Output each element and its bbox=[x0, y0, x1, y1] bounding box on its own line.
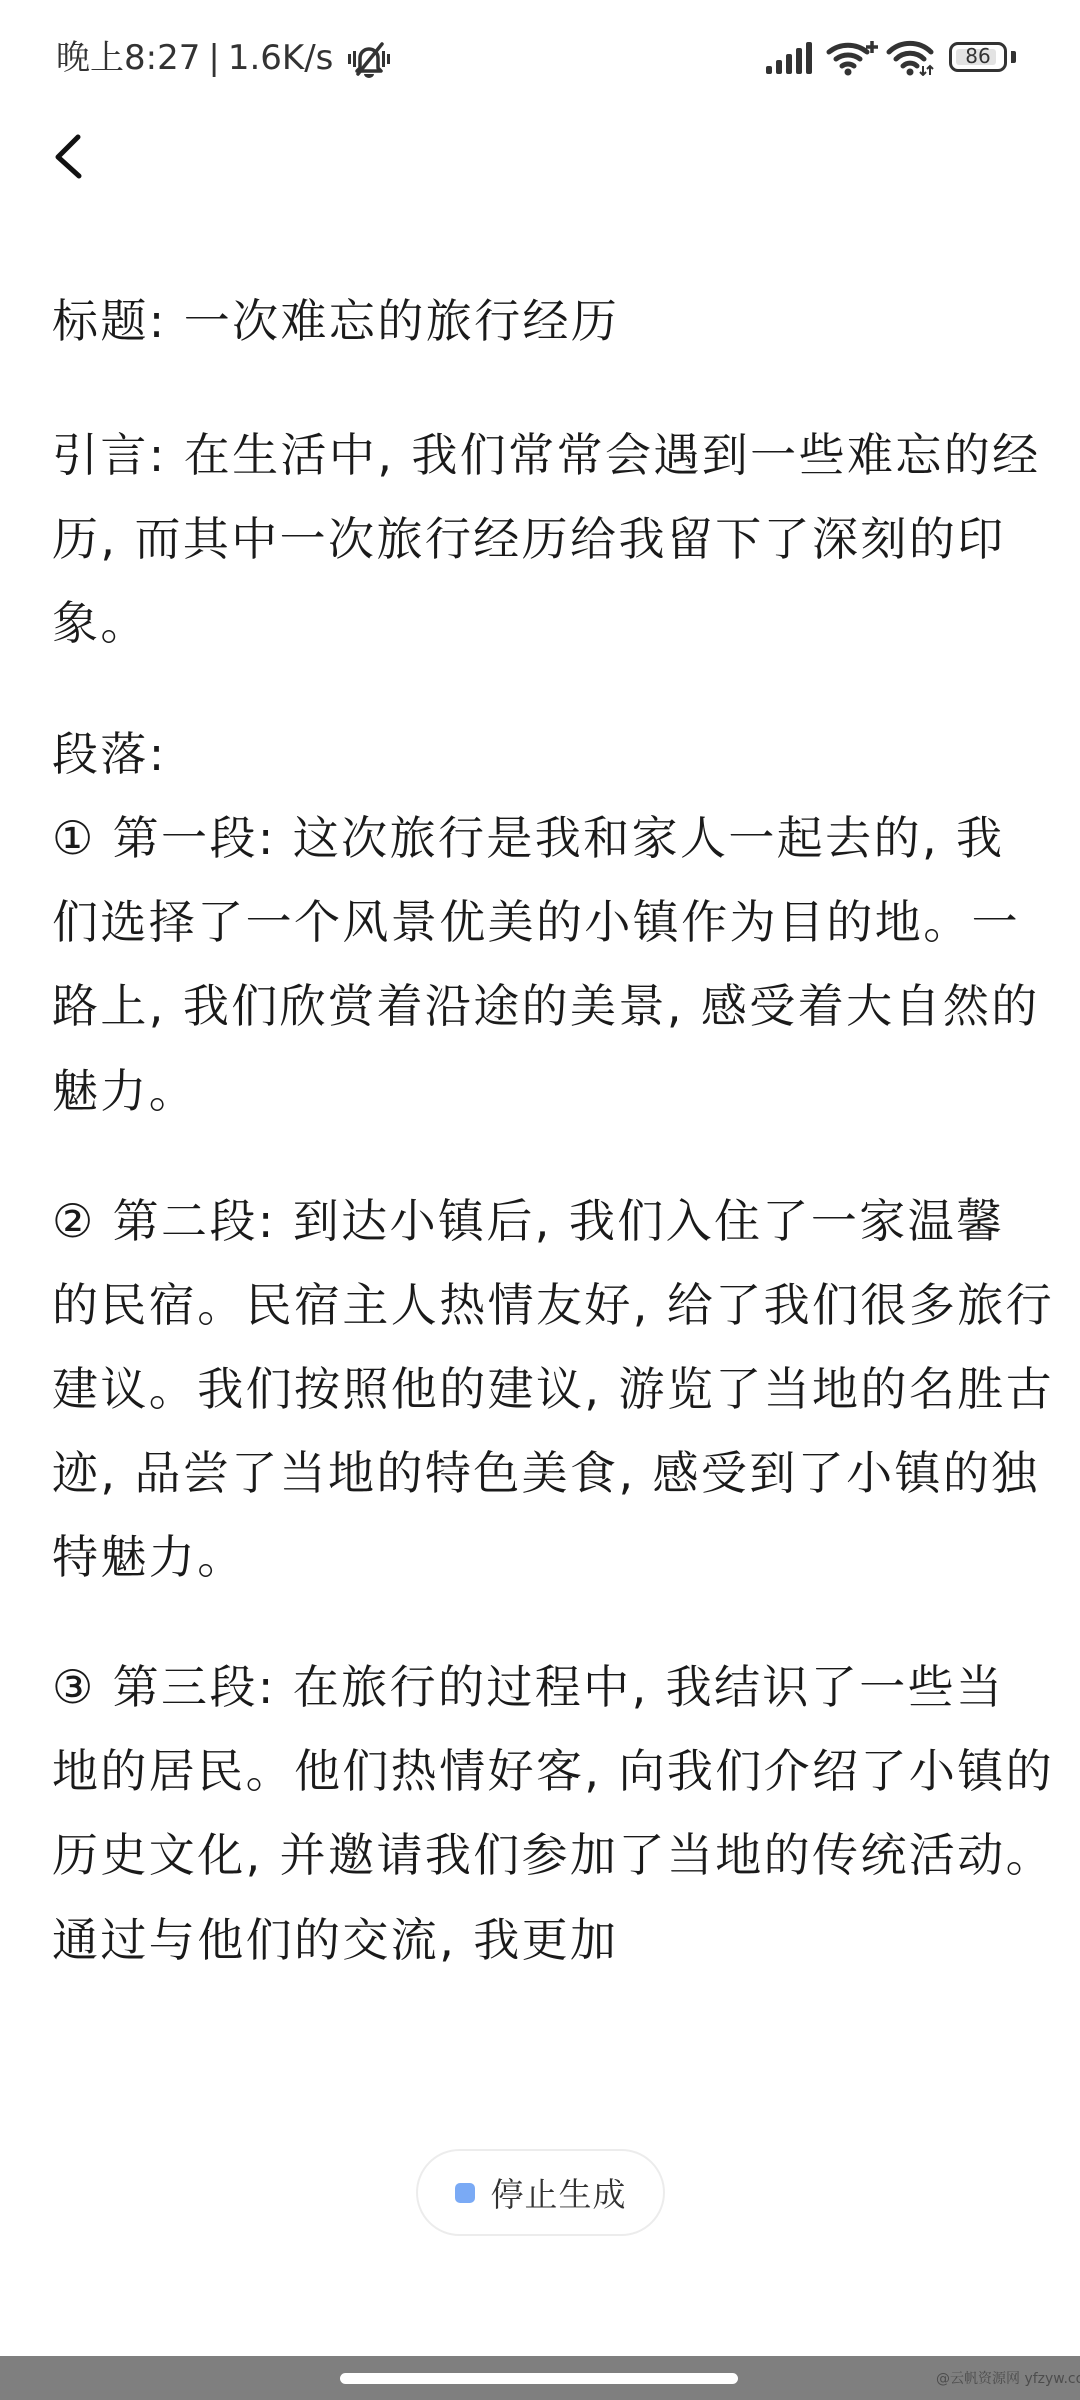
paragraph-line: 地的居民。他们热情好客, 向我们介绍了小镇的 bbox=[52, 1729, 1054, 1813]
intro-line: 引言: 在生活中, 我们常常会遇到一些难忘的经 bbox=[52, 413, 1041, 497]
intro-line: 象。 bbox=[52, 581, 149, 665]
paragraph-line: 特魅力。 bbox=[52, 1515, 246, 1599]
intro-line: 历, 而其中一次旅行经历给我留下了深刻的印 bbox=[52, 497, 1006, 581]
status-bar: 晚上8:27 | 1.6K/s 86 bbox=[0, 0, 1080, 110]
paragraph-line: 们选择了一个风景优美的小镇作为目的地。一 bbox=[52, 880, 1020, 964]
home-indicator[interactable] bbox=[340, 2373, 738, 2384]
stop-square-icon bbox=[455, 2183, 475, 2203]
paragraph-line: ② 第二段: 到达小镇后, 我们入住了一家温馨 bbox=[52, 1179, 1004, 1263]
battery-level: 86 bbox=[952, 45, 1004, 69]
status-left: 晚上8:27 | 1.6K/s bbox=[56, 38, 333, 78]
section-label: 段落: bbox=[52, 712, 167, 796]
paragraph-line: ③ 第三段: 在旅行的过程中, 我结识了一些当 bbox=[52, 1645, 1004, 1729]
back-button[interactable] bbox=[40, 120, 100, 192]
battery-tip bbox=[1011, 51, 1016, 63]
mute-vibrate-icon bbox=[346, 38, 392, 80]
status-separator: | bbox=[208, 38, 219, 78]
paragraph-line: ① 第一段: 这次旅行是我和家人一起去的, 我 bbox=[52, 796, 1004, 880]
article-title: 标题: 一次难忘的旅行经历 bbox=[52, 279, 619, 363]
system-nav-bar: @云帆资源网 yfzyw.com bbox=[0, 2356, 1080, 2400]
network-speed: 1.6K/s bbox=[228, 38, 334, 78]
paragraph-line: 路上, 我们欣赏着沿途的美景, 感受着大自然的 bbox=[52, 964, 1040, 1048]
wifi-plus-icon bbox=[826, 40, 880, 76]
paragraph-line: 的民宿。民宿主人热情友好, 给了我们很多旅行 bbox=[52, 1263, 1054, 1347]
wifi-icon bbox=[886, 40, 938, 76]
battery-indicator: 86 bbox=[949, 42, 1007, 72]
clock: 晚上8:27 bbox=[56, 38, 200, 78]
stop-generating-button[interactable]: 停止生成 bbox=[416, 2149, 665, 2236]
paragraph-line: 迹, 品尝了当地的特色美食, 感受到了小镇的独 bbox=[52, 1431, 1040, 1515]
stop-generating-label: 停止生成 bbox=[491, 2169, 627, 2216]
paragraph-line: 魅力。 bbox=[52, 1049, 197, 1133]
signal-icon bbox=[766, 40, 816, 76]
paragraph-line: 建议。我们按照他的建议, 游览了当地的名胜古 bbox=[52, 1347, 1054, 1431]
paragraph-line: 通过与他们的交流, 我更加 bbox=[52, 1898, 618, 1982]
chevron-left-icon bbox=[40, 120, 100, 192]
watermark: @云帆资源网 yfzyw.com bbox=[936, 2370, 1080, 2388]
paragraph-line: 历史文化, 并邀请我们参加了当地的传统活动。 bbox=[52, 1813, 1054, 1897]
